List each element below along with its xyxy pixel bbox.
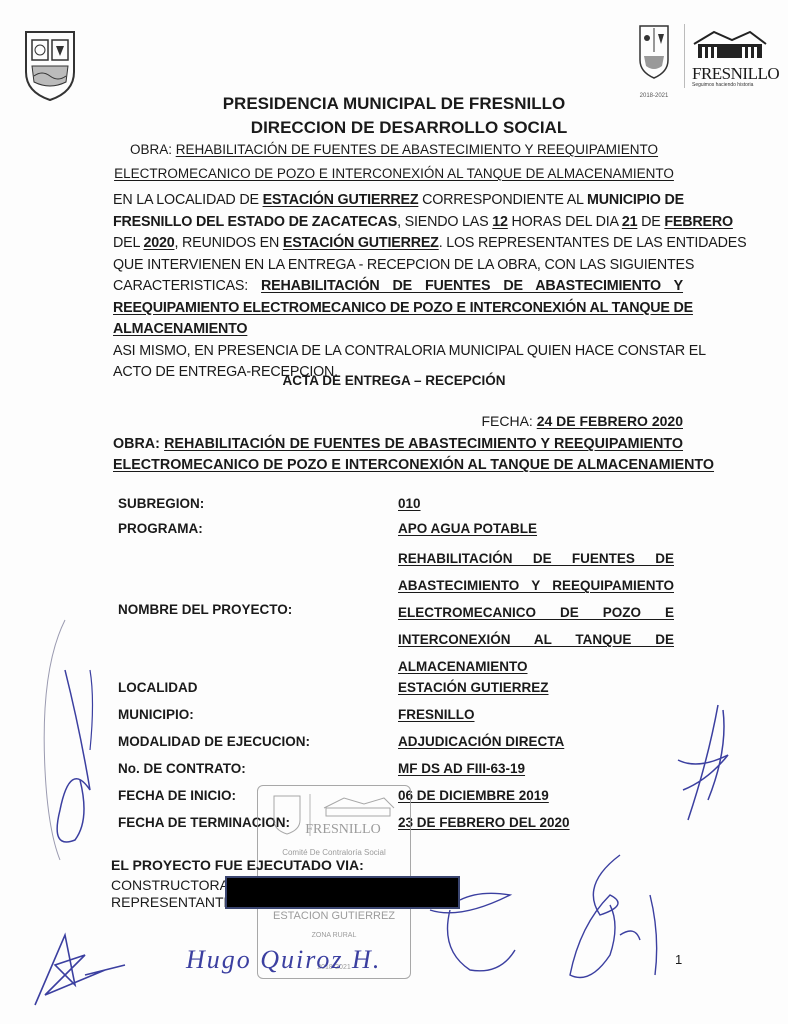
- programa-label: PROGRAMA:: [118, 521, 203, 536]
- contrato-value: MF DS AD FIII-63-19: [398, 761, 525, 776]
- acta-title: ACTA DE ENTREGA – RECEPCIÓN: [0, 373, 788, 388]
- intro-line: REEQUIPAMIENTO ELECTROMECANICO DE POZO E…: [113, 298, 683, 320]
- intro-line: CARACTERISTICAS: REHABILITACIÓN DE FUENT…: [113, 276, 683, 298]
- municipal-crest-left: [20, 26, 80, 102]
- fecha-label: FECHA:: [481, 413, 536, 429]
- inicio-label: FECHA DE INICIO:: [118, 788, 236, 803]
- ejecutado-via: EL PROYECTO FUE EJECUTADO VIA:: [111, 857, 364, 873]
- stamp-line3: ZONA RURAL: [258, 932, 410, 939]
- obra-prefix: OBRA:: [130, 142, 176, 157]
- document-subtitle: DIRECCION DE DESARROLLO SOCIAL: [0, 118, 788, 138]
- document-title: PRESIDENCIA MUNICIPAL DE FRESNILLO: [0, 94, 788, 114]
- divider: [684, 24, 685, 88]
- fecha-value: 24 DE FEBRERO 2020: [537, 413, 683, 429]
- intro-paragraph: EN LA LOCALIDAD DE ESTACIÓN GUTIERREZ CO…: [113, 190, 683, 384]
- obra-title: REHABILITACIÓN DE FUENTES DE ABASTECIMIE…: [176, 142, 658, 157]
- proyecto-value: REHABILITACIÓN DE FUENTES DE ABASTECIMIE…: [398, 545, 674, 680]
- contrato-label: No. DE CONTRATO:: [118, 761, 246, 776]
- terminacion-value: 23 DE FEBRERO DEL 2020: [398, 815, 570, 830]
- fresnillo-logo-text: FRESNILLO: [692, 65, 768, 82]
- constructora-label: CONSTRUCTORA:: [111, 877, 233, 893]
- stamp-brand: FRESNILLO: [288, 822, 398, 838]
- programa-value: APO AGUA POTABLE: [398, 521, 537, 536]
- intro-line: EN LA LOCALIDAD DE ESTACIÓN GUTIERREZ CO…: [113, 190, 683, 212]
- signature-bottom-center: [420, 880, 530, 990]
- modalidad-value: ADJUDICACIÓN DIRECTA: [398, 734, 564, 749]
- header-obra-line2: ELECTROMECANICO DE POZO E INTERCONEXIÓN …: [0, 166, 788, 181]
- municipio-label: MUNICIPIO:: [118, 707, 194, 722]
- municipio-value: FRESNILLO: [398, 707, 475, 722]
- intro-line: ASI MISMO, EN PRESENCIA DE LA CONTRALORI…: [113, 341, 683, 363]
- signature-left-margin: [20, 610, 110, 870]
- signature-right-margin: [668, 700, 748, 830]
- obra-title-cont: ELECTROMECANICO DE POZO E INTERCONEXIÓN …: [114, 166, 674, 181]
- obra-section: OBRA: REHABILITACIÓN DE FUENTES DE ABAST…: [113, 434, 683, 476]
- intro-line: QUE INTERVIENEN EN LA ENTREGA - RECEPCIO…: [113, 255, 683, 277]
- fresnillo-logo: FRESNILLO Seguimos haciendo historia: [692, 30, 768, 90]
- signature-bottom-right: [540, 845, 680, 1005]
- subregion-label: SUBREGION:: [118, 496, 204, 511]
- subregion-value: 010: [398, 496, 421, 511]
- stamp-line2: ESTACION GUTIERREZ: [258, 910, 410, 922]
- intro-line: DEL 2020, REUNIDOS EN ESTACIÓN GUTIERREZ…: [113, 233, 683, 255]
- modalidad-label: MODALIDAD DE EJECUCION:: [118, 734, 310, 749]
- localidad-label: LOCALIDAD: [118, 680, 198, 695]
- header-obra-line1: OBRA: REHABILITACIÓN DE FUENTES DE ABAST…: [0, 142, 788, 157]
- fecha: FECHA: 24 DE FEBRERO 2020: [113, 413, 683, 429]
- inicio-value: 06 DE DICIEMBRE 2019: [398, 788, 549, 803]
- intro-line: ALMACENAMIENTO: [113, 319, 683, 341]
- intro-line: FRESNILLO DEL ESTADO DE ZACATECAS, SIEND…: [113, 212, 683, 234]
- localidad-value: ESTACIÓN GUTIERREZ: [398, 680, 549, 695]
- stamp-line1: Comité De Contraloría Social: [258, 848, 410, 857]
- municipal-crest-right: 2018-2021: [636, 22, 672, 88]
- signature-bottom-left: [25, 925, 135, 1015]
- handwritten-name: Hugo Quiroz H.: [186, 945, 381, 975]
- proyecto-label: NOMBRE DEL PROYECTO:: [118, 602, 292, 617]
- representante-label: REPRESENTANTE: [111, 894, 233, 910]
